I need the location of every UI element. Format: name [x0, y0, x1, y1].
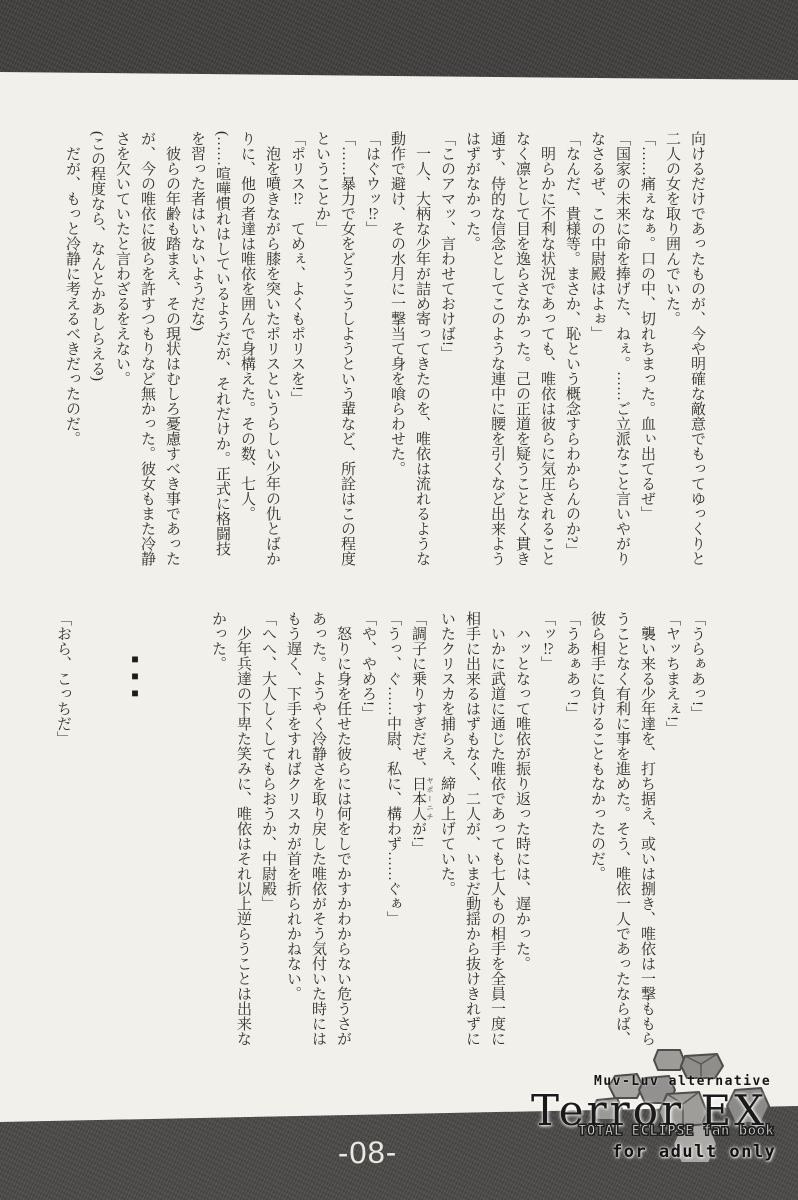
section-break-squares: ■■■: [126, 652, 144, 712]
page-number: -08-: [338, 1134, 398, 1171]
text-column: 「はぐウッ⁉」: [359, 131, 384, 577]
text-column: はずがなかった。: [459, 131, 484, 577]
text-column: 怒りに身を任せた彼らには何をしでかすかわからない危うさが: [330, 611, 355, 1057]
text-column: 彼らの年齢も踏まえ、その現状はむしろ憂慮すべき事であった: [159, 131, 184, 577]
text-column: かった。: [205, 611, 230, 1057]
text-column: 「このアマッ、言わせておけば!」: [434, 131, 459, 577]
text-column: 彼ら相手に負けることもなかったのだ。: [584, 611, 609, 1057]
text-column: 「……暴力で女をどうこうしようという輩など、所詮はこの程度: [334, 131, 359, 577]
text-column: 「国家の未来に命を捧げた、ねぇ。……ご立派なこと言いやがり: [609, 131, 634, 577]
upper-text-block: 向けるだけであったものが、今や明確な敵意でもってゆっくりと 二人の女を取り囲んで…: [59, 131, 709, 577]
text-column: (……喧嘩慣れはしているようだが、それだけか。正式に格闘技: [209, 131, 234, 577]
text-column: 二人の女を取り囲んでいた。: [659, 131, 684, 577]
text-column: 「うあぁあっ!」: [559, 611, 584, 1057]
text-column: 「ヤッちまえぇ!」: [659, 611, 684, 1057]
text-column: 「ッ⁉」: [534, 611, 559, 1057]
text-column: なく凛として目を逸らさなかった。己の正道を疑うことなく貫き: [509, 131, 534, 577]
text-column: 「へへ、大人しくしてもらおうか、中尉殿」: [255, 611, 280, 1057]
text-column: 向けるだけであったものが、今や明確な敵意でもってゆっくりと: [684, 131, 709, 577]
text-column: もう遅く、下手をすればクリスカが首を折られかねない。: [280, 611, 305, 1057]
text-column: 「うっ、ぐ……中尉、私に、構わず……ぐぁ」: [380, 611, 405, 1057]
text-column-dialogue-yaponichi: 「調子に乗りすぎだぜ、日本人ヤポーニチが!」: [405, 611, 434, 1057]
text-column: を習った者はいないようだな): [184, 131, 209, 577]
text-column: 「うらぁあっ!」: [684, 611, 709, 1057]
text-column: いたクリスカを捕らえ、締め上げていた。: [434, 611, 459, 1057]
logo-rating-notice: for adult only: [612, 1142, 776, 1162]
text-column: 「……痛ぇなぁ。口の中、切れちまった。血ぃ出てるぜ」: [634, 131, 659, 577]
logo-subtitle: TOTAL ECLIPSE fan book: [578, 1123, 774, 1139]
text-column: 一人、大柄な少年が詰め寄ってきたのを、唯依は流れるような: [409, 131, 434, 577]
text-column: 相手に出来るはずもなく、二人が、いまだ動揺から抜けきれずに: [459, 611, 484, 1057]
dialogue-pre: 「調子に乗りすぎだぜ、: [410, 611, 426, 776]
text-column: (この程度なら、なんとかあしらえる): [84, 131, 109, 577]
text-column: ハッとなって唯依が振り返った時には、遅かった。: [509, 611, 534, 1057]
text-column: 泡を噴きながら膝を突いたポリスというらしい少年の仇とばか: [259, 131, 284, 577]
top-scan-band: [0, 0, 798, 82]
lower-text-block: 「うらぁあっ!」 「ヤッちまえぇ!」 襲い来る少年達を、打ち据え、或いは捌き、唯…: [205, 611, 709, 1057]
text-column: 「や、やめろ!」: [355, 611, 380, 1057]
text-column: あった。ようやく冷静さを取り戻した唯依がそう気付いた時には: [305, 611, 330, 1057]
scanned-page: 向けるだけであったものが、今や明確な敵意でもってゆっくりと 二人の女を取り囲んで…: [0, 0, 798, 1200]
text-column: なさるぜ、この中尉殿はよぉ」: [584, 131, 609, 577]
furigana-ruby: 日本人ヤポーニチ: [410, 776, 426, 821]
text-column: りに、他の者達は唯依を囲んで身構えた。その数、七人。: [234, 131, 259, 577]
text-column: 「ポリス⁉ てめぇ、よくもポリスを!」: [284, 131, 309, 577]
text-column: さを欠いていたと言わざるをえない。: [109, 131, 134, 577]
text-column: いかに武道に通じた唯依であっても七人もの相手を全員一度に: [484, 611, 509, 1057]
text-column: だが、もっと冷静に考えるべきだったのだ。: [59, 131, 84, 577]
text-column: 明らかに不利な状況であっても、唯依は彼らに気圧されること: [534, 131, 559, 577]
text-column: 通す、侍的な信念としてこのような連中に腰を引くなど出来よう: [484, 131, 509, 577]
dialogue-post: が!」: [410, 821, 426, 856]
text-column: 少年兵達の下卑た笑みに、唯依はそれ以上逆らうことは出来な: [230, 611, 255, 1057]
text-column: 「なんだ、貴様等。まさか、恥という概念すらわからんのか?」: [559, 131, 584, 577]
text-column: 動作で避け、その水月に一撃当て身を喰らわせた。: [384, 131, 409, 577]
text-column: が、今の唯依に彼らを許すつもりなど無かった。彼女もまた冷静: [134, 131, 159, 577]
closing-dialogue-column: 「おら、こっちだ」: [50, 611, 75, 761]
text-column: うことなく有利に事を進めた。そう、唯依一人であったならば、: [609, 611, 634, 1057]
text-column: 襲い来る少年達を、打ち据え、或いは捌き、唯依は一撃ももら: [634, 611, 659, 1057]
text-column: ということか」: [309, 131, 334, 577]
